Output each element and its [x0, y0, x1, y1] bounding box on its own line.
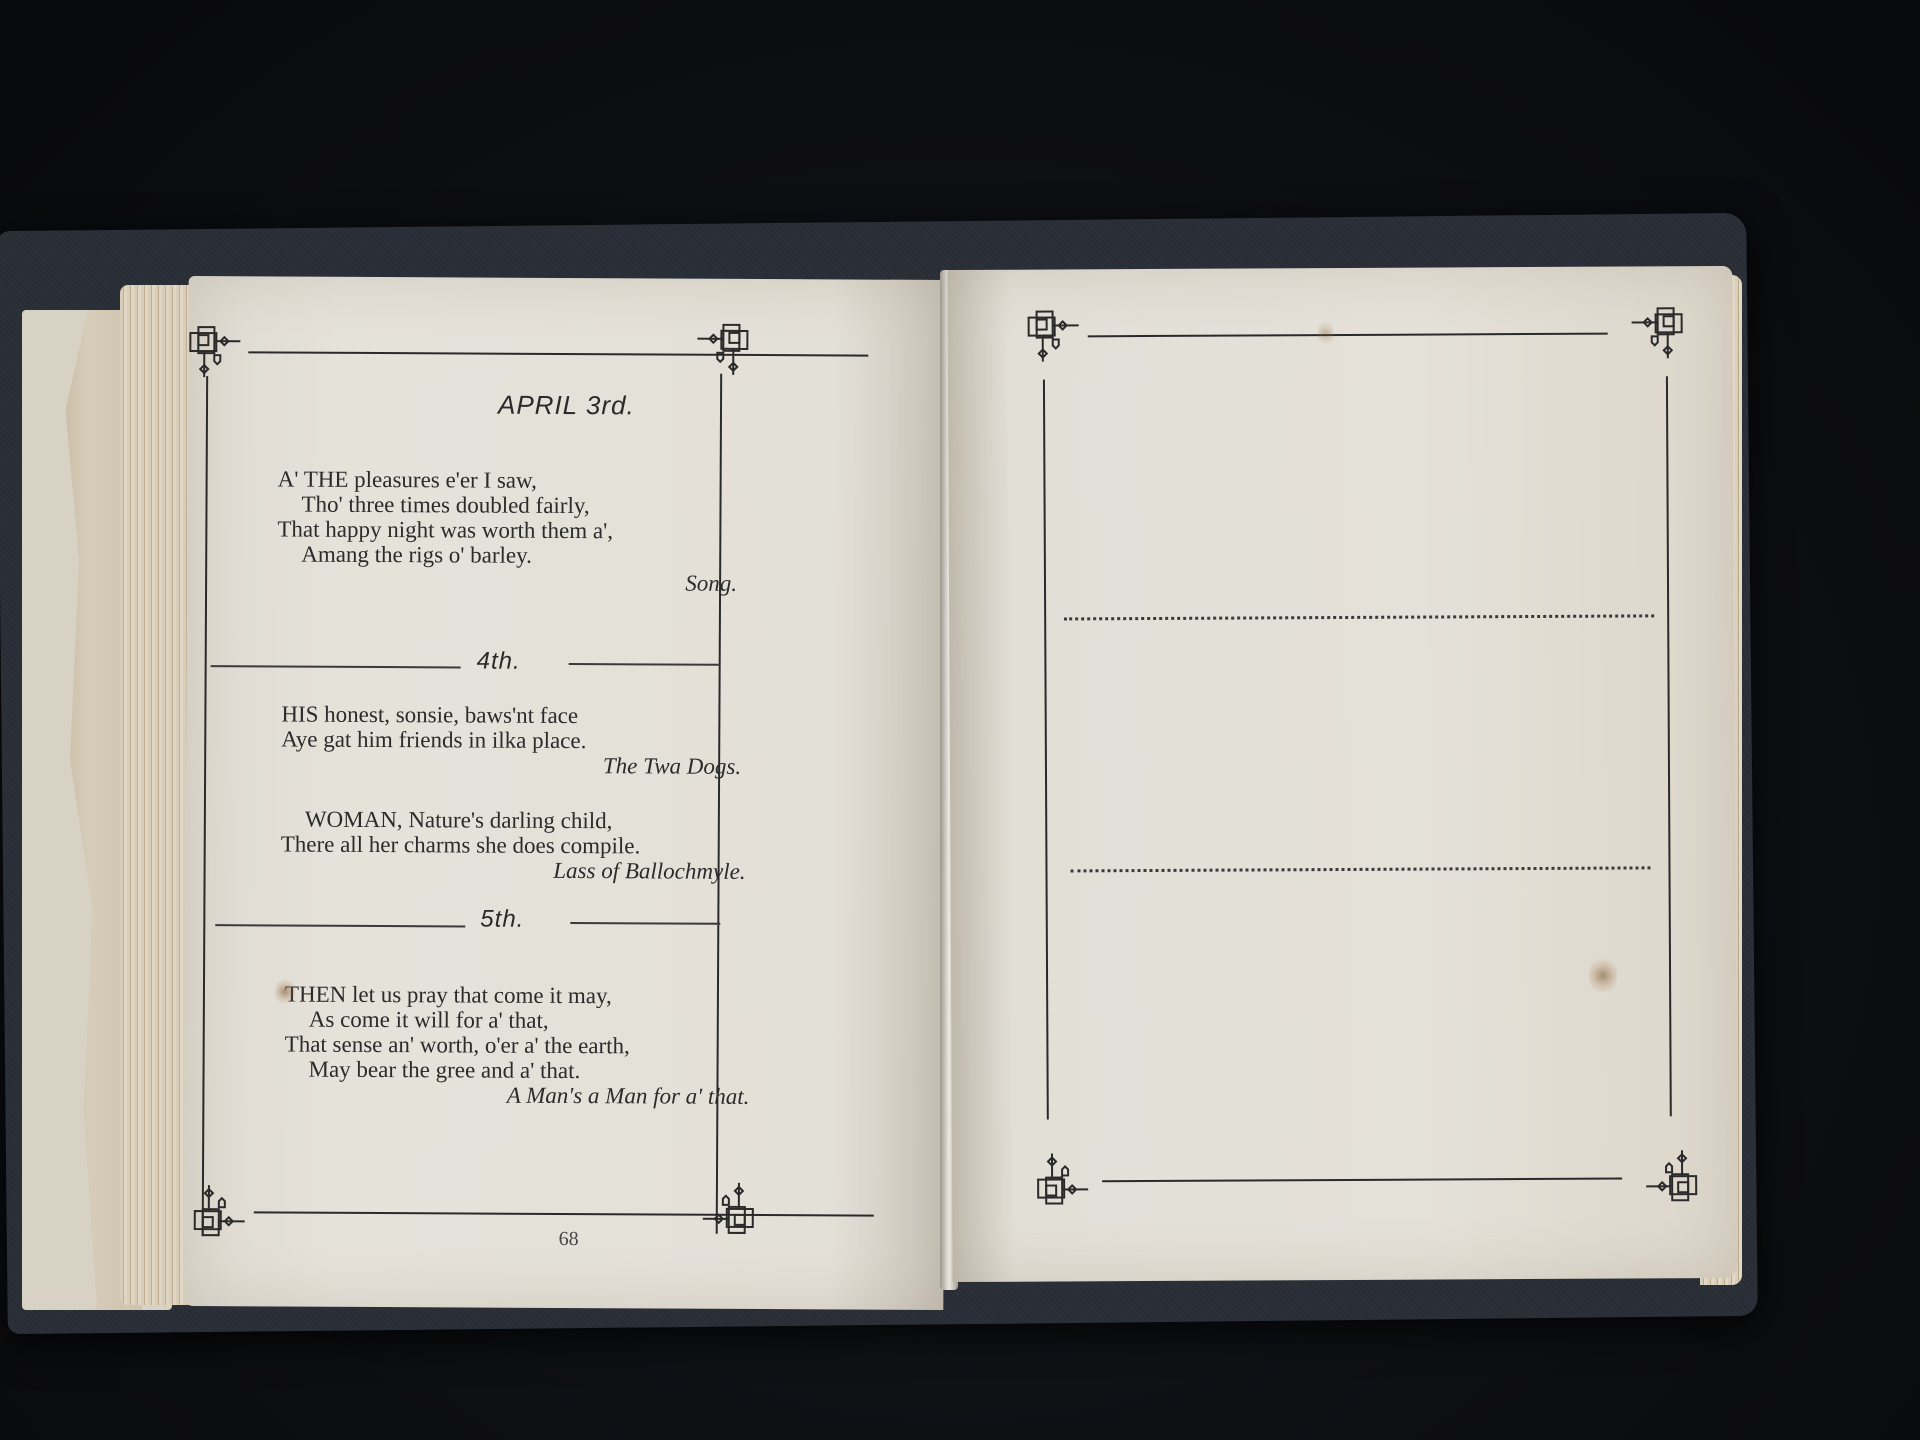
divider-rule — [570, 922, 720, 925]
date-heading-april-3: APRIL 3rd. — [498, 390, 635, 422]
page-number: 68 — [559, 1228, 579, 1251]
foxing-stain — [275, 976, 295, 1006]
divider-rule — [215, 924, 465, 927]
divider-rule — [211, 665, 461, 668]
entry-4th-quote-2: WOMAN, Nature's darling child, There all… — [281, 807, 746, 885]
celtic-knot-corner-icon — [699, 1179, 759, 1239]
celtic-knot-corner-icon — [189, 1181, 249, 1241]
source-attribution: The Twa Dogs. — [281, 752, 741, 780]
celtic-knot-corner-icon — [1628, 302, 1688, 362]
celtic-knot-corner-icon — [184, 321, 244, 381]
frame-top-rule — [1088, 333, 1608, 338]
foxing-stain — [1589, 955, 1617, 997]
left-page[interactable]: APRIL 3rd. A' THE pleasures e'er I saw, … — [183, 276, 948, 1310]
celtic-knot-corner-icon — [1023, 305, 1083, 365]
celtic-knot-corner-icon — [1032, 1149, 1092, 1209]
date-heading-4th: 4th. — [477, 648, 521, 676]
writing-line-1[interactable] — [1064, 614, 1654, 620]
source-attribution: Lass of Ballochmyle. — [281, 857, 746, 885]
writing-line-2[interactable] — [1070, 866, 1650, 872]
celtic-knot-corner-icon — [1642, 1146, 1702, 1206]
frame-left-rule — [202, 376, 209, 1236]
foxing-stain — [1318, 318, 1334, 348]
frame-left-rule — [1043, 380, 1049, 1120]
left-page-block-edges — [120, 285, 190, 1305]
entry-5th: THEN let us pray that come it may, As co… — [284, 982, 750, 1110]
right-page[interactable] — [947, 266, 1737, 1282]
entry-4th-quote-1: HIS honest, sonsie, baws'nt face Aye gat… — [281, 702, 741, 780]
frame-top-rule — [248, 351, 868, 356]
entry-april-3: A' THE pleasures e'er I saw, Tho' three … — [277, 466, 738, 596]
divider-rule — [569, 663, 719, 666]
date-heading-5th: 5th. — [480, 906, 524, 934]
verse: A' THE pleasures e'er I saw, Tho' three … — [277, 466, 738, 568]
celtic-knot-corner-icon — [693, 319, 753, 379]
source-attribution: Song. — [277, 568, 737, 596]
source-attribution: A Man's a Man for a' that. — [284, 1082, 749, 1110]
frame-bottom-rule — [254, 1211, 874, 1216]
frame-right-rule — [1666, 376, 1672, 1116]
frame-bottom-rule — [1102, 1178, 1622, 1183]
